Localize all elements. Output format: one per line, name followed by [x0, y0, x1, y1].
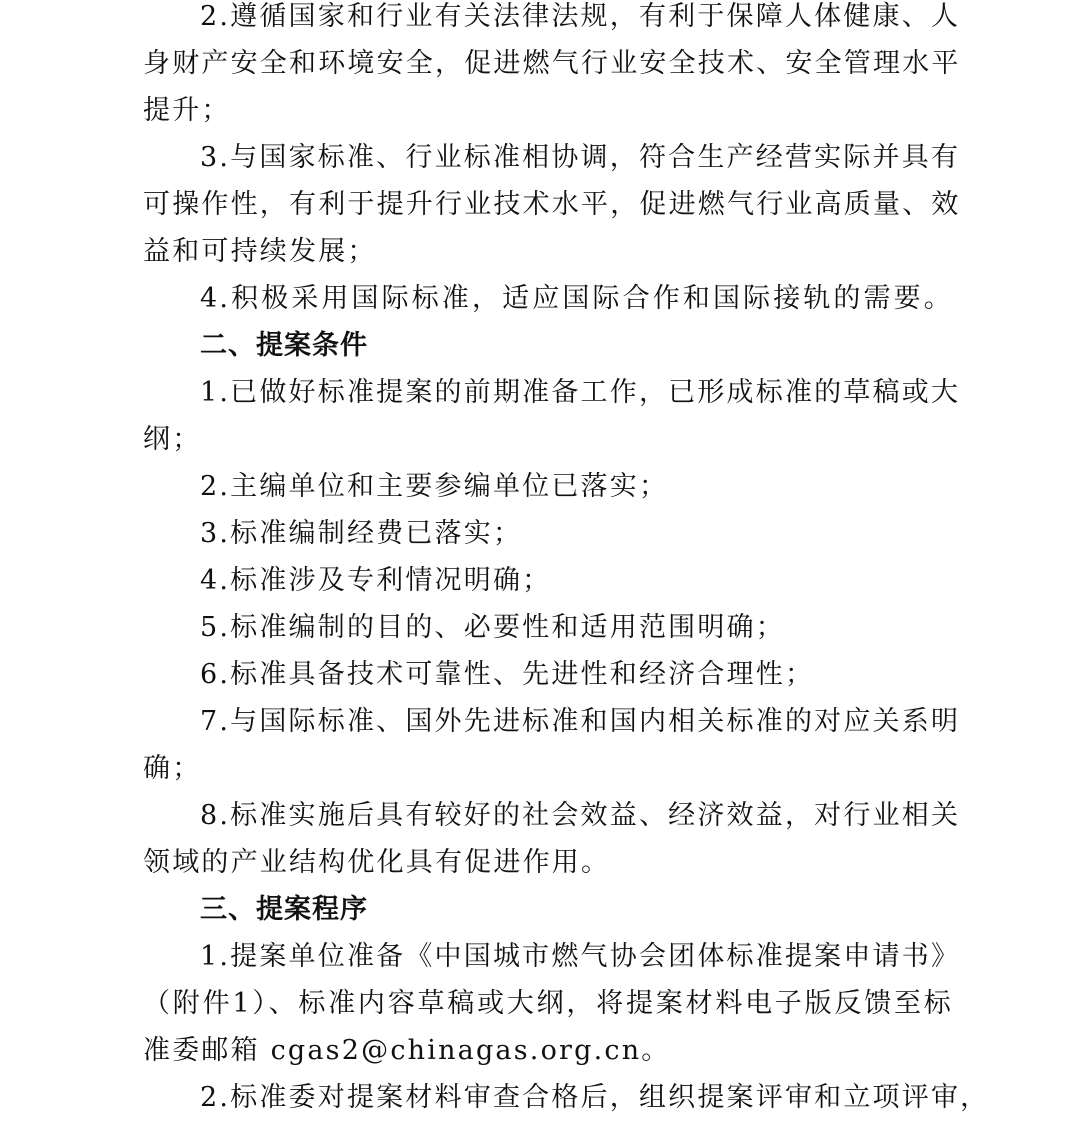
doc-line-3: 提升； — [143, 91, 953, 131]
doc-line-9: 1.已做好标准提案的前期准备工作，已形成标准的草稿或大 — [200, 373, 953, 413]
doc-line-1: 2.遵循国家和行业有关法律法规，有利于保障人体健康、人 — [200, 0, 953, 37]
doc-line-16: 7.与国际标准、国外先进标准和国内相关标准的对应关系明 — [200, 702, 953, 742]
document-page: 2.遵循国家和行业有关法律法规，有利于保障人体健康、人 身财产安全和环境安全，促… — [0, 0, 1083, 1142]
doc-line-18: 8.标准实施后具有较好的社会效益、经济效益，对行业相关 — [200, 796, 953, 836]
doc-line-14: 5.标准编制的目的、必要性和适用范围明确； — [200, 608, 953, 648]
doc-line-17: 确； — [143, 749, 953, 789]
doc-line-5: 可操作性，有利于提升行业技术水平，促进燃气行业高质量、效 — [143, 185, 953, 225]
doc-line-4: 3.与国家标准、行业标准相协调，符合生产经营实际并具有 — [200, 138, 953, 178]
doc-line-21: 1.提案单位准备《中国城市燃气协会团体标准提案申请书》 — [200, 937, 953, 977]
doc-line-19: 领域的产业结构优化具有促进作用。 — [143, 843, 953, 883]
doc-line-24: 2.标准委对提案材料审查合格后，组织提案评审和立项评审， — [200, 1078, 953, 1118]
doc-line-10: 纲； — [143, 420, 953, 460]
doc-line-12: 3.标准编制经费已落实； — [200, 514, 953, 554]
doc-line-13: 4.标准涉及专利情况明确； — [200, 561, 953, 601]
doc-line-6: 益和可持续发展； — [143, 232, 953, 272]
doc-line-email: 准委邮箱 cgas2@chinagas.org.cn。 — [143, 1031, 953, 1071]
section-heading-procedure: 三、提案程序 — [200, 890, 953, 930]
doc-line-7: 4.积极采用国际标准，适应国际合作和国际接轨的需要。 — [200, 279, 953, 319]
doc-line-11: 2.主编单位和主要参编单位已落实； — [200, 467, 953, 507]
doc-line-2: 身财产安全和环境安全，促进燃气行业安全技术、安全管理水平 — [143, 44, 953, 84]
section-heading-conditions: 二、提案条件 — [200, 326, 953, 366]
doc-line-22: （附件1）、标准内容草稿或大纲，将提案材料电子版反馈至标 — [143, 984, 953, 1024]
doc-line-15: 6.标准具备技术可靠性、先进性和经济合理性； — [200, 655, 953, 695]
